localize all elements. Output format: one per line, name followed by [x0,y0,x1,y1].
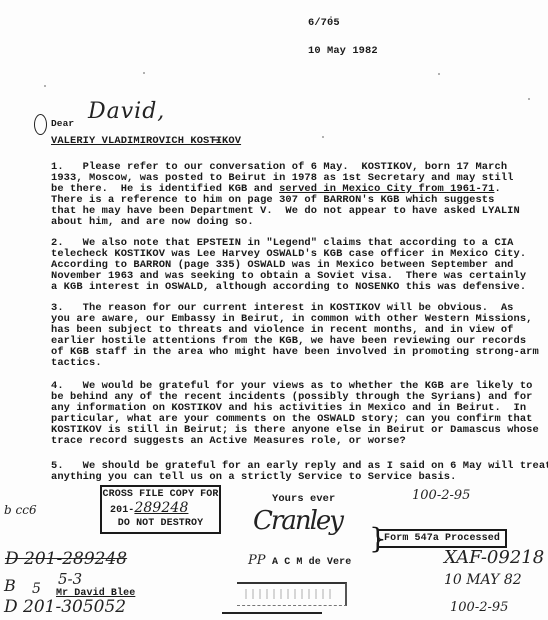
bottom-rule [222,612,322,614]
stamp-line-1: CROSS FILE COPY FOR [102,489,219,500]
paragraph-1: 1. Please refer to our conversation of 6… [51,162,521,229]
closing: Yours ever [272,493,335,505]
scan-speck [322,136,324,138]
cross-file-stamp: CROSS FILE COPY FOR 201-289248 DO NOT DE… [100,485,221,534]
letter-date: 10 May 1982 [308,45,378,57]
signature: Cranley [253,506,342,536]
scan-speck [528,98,530,100]
handwritten-date-middle: 10 MAY 82 [444,572,522,588]
stamp-line-3: DO NOT DESTROY [102,518,219,529]
scan-speck [44,85,46,87]
handwritten-date-bottom: 100-2-95 [450,600,508,615]
paragraph-line: of KGB staff in the area who might have … [51,347,521,358]
handwritten-date-top: 100-2-95 [412,488,470,503]
memo-page: 6/705 10 May 1982 Dear David, VALERIY VL… [0,0,548,620]
signer-name: A C M de Vere [272,557,351,568]
subject-dash-mark: — [213,133,220,147]
form-547a-stamp: Form 547a Processed [377,529,507,548]
paragraph-4: 4. We would be grateful for your views a… [51,381,521,448]
pp-mark: PP [248,553,266,568]
paragraph-5: 5. We should be grateful for an early re… [51,461,521,483]
handwritten-number-5: 5 [32,581,41,597]
scan-speck [510,338,512,340]
handwritten-file-number-bottom: D 201-305052 [4,597,126,617]
salutation-typed: Dear [51,118,74,129]
faded-stamp-box [237,582,347,606]
paragraph-line: a KGB interest in OSWALD, although accor… [51,282,521,293]
line-suffix: . [494,183,500,195]
stamp-line-2: 201-289248 [102,500,219,516]
scan-speck [438,73,440,75]
handwritten-initials: B [4,576,16,595]
handwritten-xaf-number: XAF-09218 [444,547,544,568]
paragraph-line: about him, and are now doing so. [51,217,521,228]
stamp-file-number: 289248 [134,500,188,516]
paragraph-line: trace record suggests an Active Measures… [51,436,521,447]
handwritten-bcc: b cc6 [4,503,37,517]
faded-stamp-texture [245,589,335,599]
handwritten-file-number-struck: D 201-289248 [5,549,127,569]
salutation-handwritten: David, [88,99,165,124]
handwritten-number-5-3: 5-3 [58,570,82,588]
paragraph-3: 3. The reason for our current interest i… [51,303,521,370]
paragraph-line: tactics. [51,358,521,369]
paragraph-line: anything you can tell us on a strictly S… [51,472,521,483]
reference-number: 6/705 [308,17,340,29]
scan-speck [330,16,332,18]
paragraph-2: 2. We also note that EPSTEIN in "Legend"… [51,238,521,293]
scan-speck [143,72,145,74]
circle-mark [34,114,47,135]
stamp-prefix: 201- [110,505,134,516]
